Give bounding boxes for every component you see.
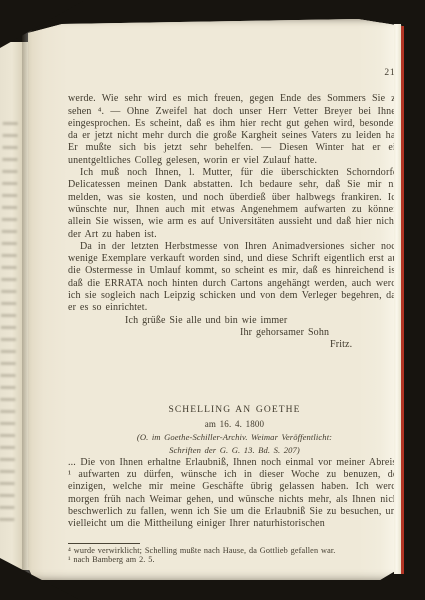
letter-paragraph: werde. Wie sehr wird es mich freuen, geg… (68, 93, 401, 167)
footnote: ¹ nach Bamberg am 2. 5. (68, 555, 401, 565)
page-content: 219 werde. Wie sehr wird es mich freuen,… (68, 67, 401, 565)
letter-paragraph: Da in der letzten Herbstmesse von Ihren … (68, 241, 401, 315)
letter-heading-block: SCHELLING AN GOETHE am 16. 4. 1800 (O. i… (68, 404, 401, 457)
photo-corner-shadow (0, 0, 85, 48)
photo-corner-shadow (0, 558, 80, 600)
letter-heading: SCHELLING AN GOETHE (68, 404, 401, 416)
letter-paragraph: ... Die von Ihnen erhaltne Erlaubniß, Ih… (68, 457, 401, 531)
letter-source-line: (O. im Goethe-Schiller-Archiv. Weimar Ve… (68, 431, 401, 443)
letter-paragraph: Ich muß noch Ihnen, l. Mutter, für die ü… (68, 167, 401, 241)
letter-source-line: Schriften der G. G. 13. Bd. S. 207) (68, 444, 401, 456)
letter-date: am 16. 4. 1800 (68, 418, 401, 430)
footnote-rule (68, 543, 140, 544)
book-page: 219 werde. Wie sehr wird es mich freuen,… (28, 19, 402, 580)
red-cover-edge (401, 26, 404, 574)
book-photo: 219 werde. Wie sehr wird es mich freuen,… (0, 0, 425, 600)
facing-page-blurred-text (0, 122, 18, 522)
letter-closing: Ich grüße Sie alle und bin wie immer (68, 315, 401, 327)
signature-line: Ihr gehorsamer Sohn (68, 327, 401, 339)
page-number: 219 (68, 67, 401, 79)
signature-name: Fritz. (68, 339, 401, 351)
page-edges (394, 24, 401, 574)
footnote: ⁴ wurde verwirklicht; Schelling mußte na… (68, 546, 401, 556)
